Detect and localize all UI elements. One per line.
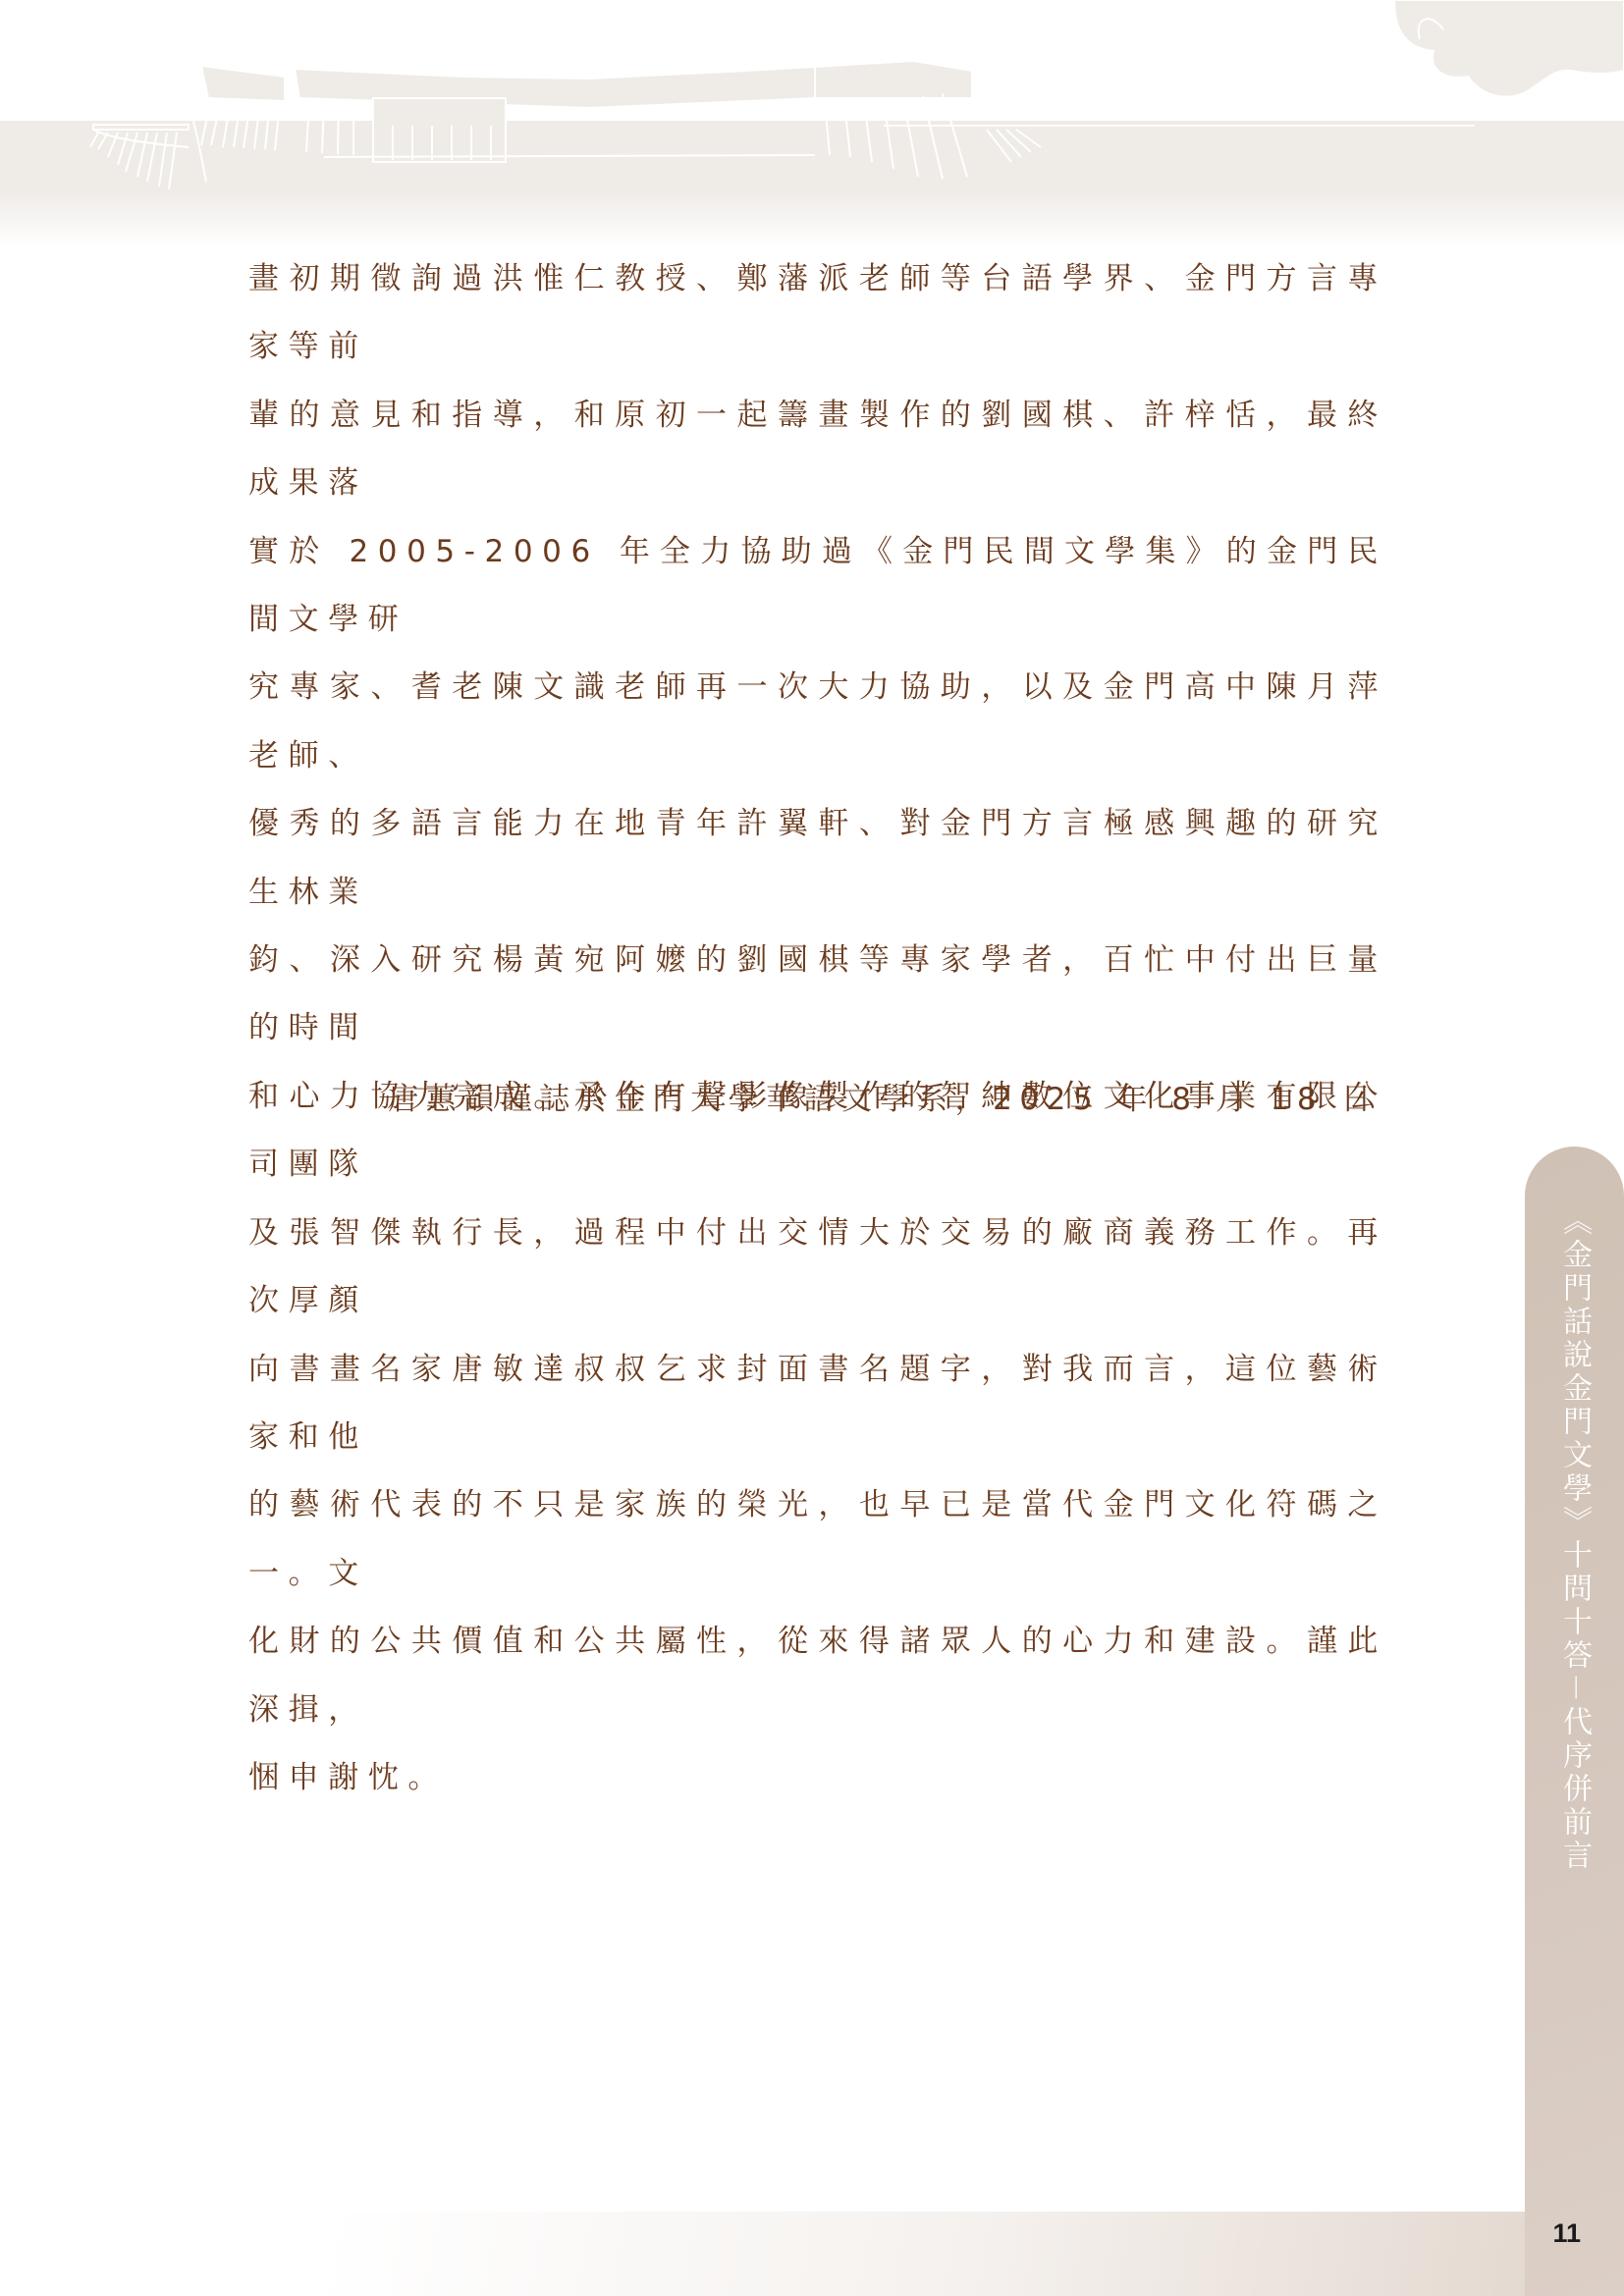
body-line: 的藝術代表的不只是家族的榮光，也早已是當代金門文化符碼之一。文 bbox=[248, 1471, 1387, 1608]
page-number: 11 bbox=[1552, 2218, 1581, 2249]
body-line: 及張智傑執行長，過程中付出交情大於交易的廠商義務工作。再次厚顏 bbox=[248, 1200, 1387, 1336]
body-line: 向書畫名家唐敏達叔叔乞求封面書名題字，對我而言，這位藝術家和他 bbox=[248, 1336, 1387, 1472]
body-line: 化財的公共價值和公共屬性，從來得諸眾人的心力和建設。謹此深揖， bbox=[248, 1608, 1387, 1744]
body-line: 畫初期徵詢過洪惟仁教授、鄭藩派老師等台語學界、金門方言專家等前 bbox=[248, 245, 1387, 382]
body-text: 畫初期徵詢過洪惟仁教授、鄭藩派老師等台語學界、金門方言專家等前 輩的意見和指導，… bbox=[248, 245, 1387, 1812]
body-line: 究專家、耆老陳文識老師再一次大力協助，以及金門高中陳月萍老師、 bbox=[248, 654, 1387, 790]
signature: 唐蕙韻謹誌於金門大學華語文學系，2025 年 8 月 18 日 bbox=[388, 1070, 1379, 1129]
side-tab-title: 《金門話說金門文學》十問十答－代序併前言 bbox=[1544, 1205, 1603, 1873]
body-line: 實於 2005-2006 年全力協助過《金門民間文學集》的金門民間文學研 bbox=[248, 518, 1387, 655]
body-line: 悃申謝忱。 bbox=[248, 1744, 1387, 1812]
body-line: 鈞、深入研究楊黃宛阿嬤的劉國棋等專家學者，百忙中付出巨量的時間 bbox=[248, 927, 1387, 1063]
body-line: 優秀的多語言能力在地青年許翼軒、對金門方言極感興趣的研究生林業 bbox=[248, 790, 1387, 927]
body-line: 輩的意見和指導，和原初一起籌畫製作的劉國棋、許梓恬，最終成果落 bbox=[248, 382, 1387, 518]
